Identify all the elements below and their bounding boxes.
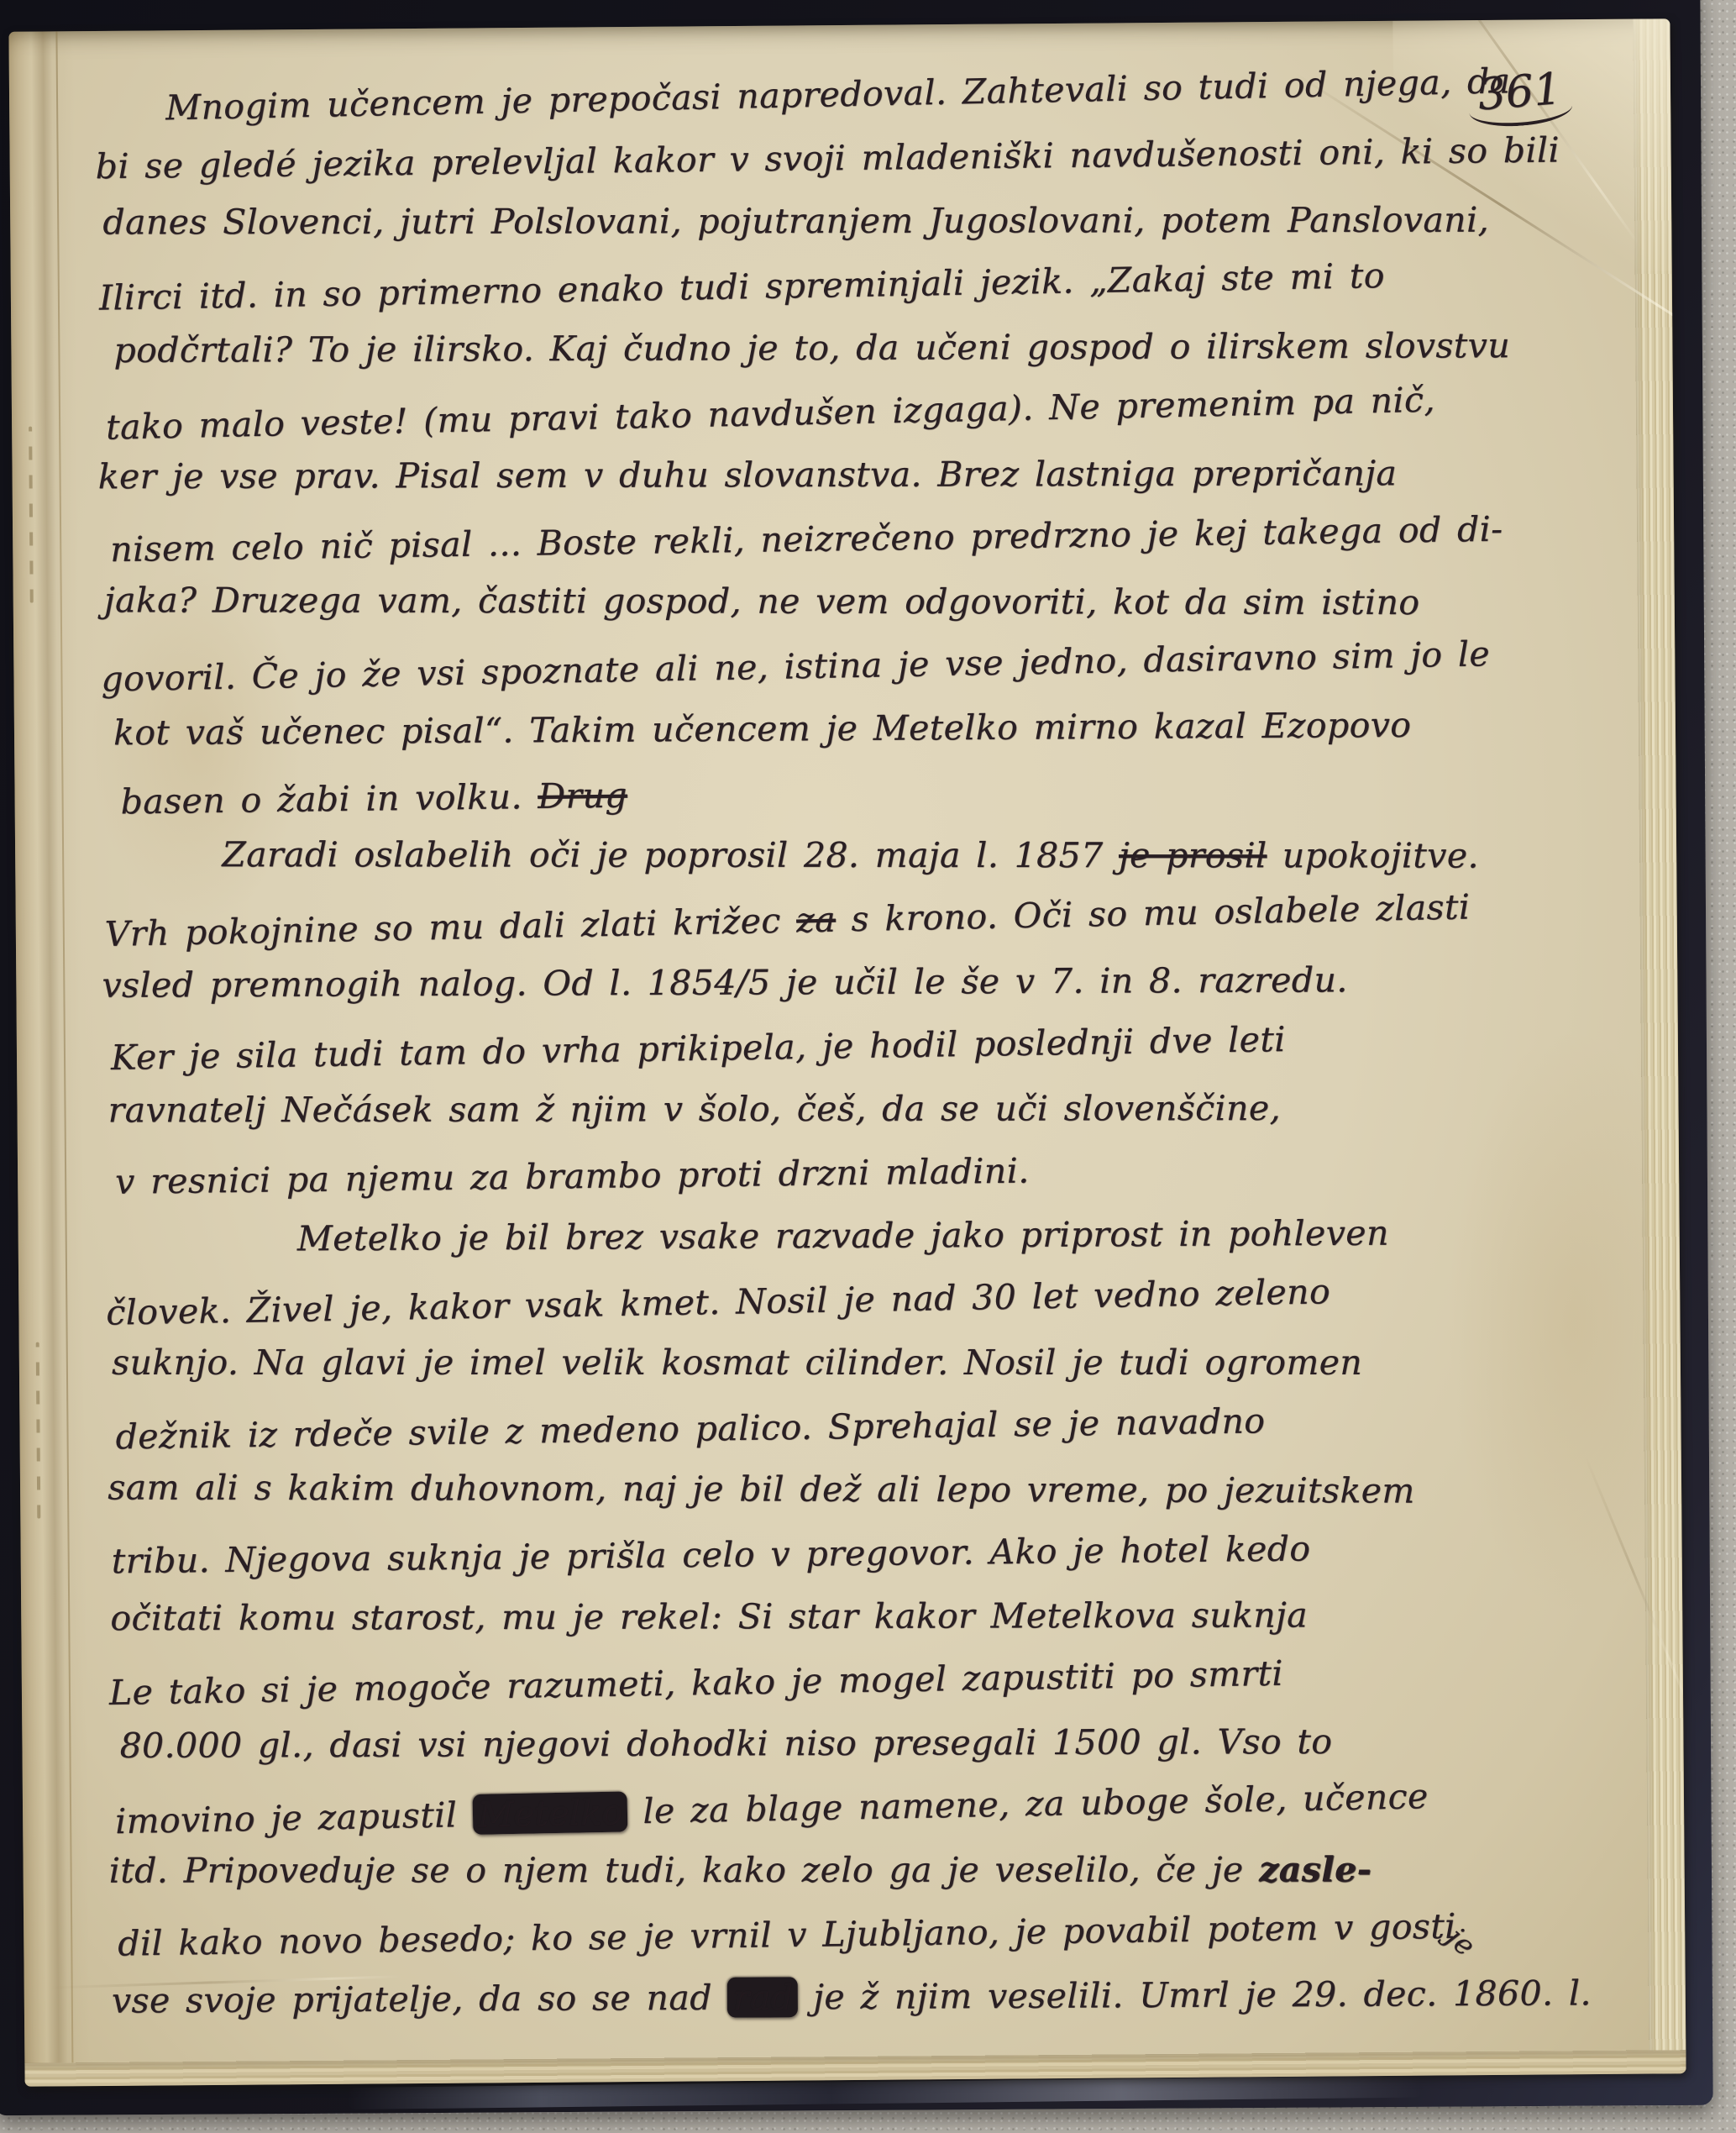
line-segment: sam ali s kakim duhovnom, naj je bil dež… [108, 1467, 1414, 1510]
line-segment: je ž njim veselili. Umrl je 29. dec. 186… [798, 1973, 1592, 2017]
line-segment: Mnogim učencem je prepočasi napredoval. … [165, 60, 1511, 128]
line-segment: Le tako si je mogoče razumeti, kako je m… [108, 1652, 1283, 1712]
line-segment: Zaradi oslabelih oči je poprosil 28. maj… [222, 834, 1119, 875]
line-segment: rad [727, 1977, 798, 2017]
line-segment: upokojitve. [1267, 835, 1479, 875]
manuscript-line: itd. Pripoveduje se o njem tudi, kako ze… [104, 1849, 1639, 1914]
line-segment: vsled premnogih nalog. Od l. 1854/5 je u… [102, 959, 1347, 1005]
line-segment: dežnik iz rdeče svile z medeno palico. S… [115, 1400, 1265, 1457]
line-segment: basen o žabi in volku. [120, 775, 538, 821]
line-segment: suknjo. Na glavi je imel velik kosmat ci… [112, 1342, 1362, 1383]
manuscript-line: sam ali s kakim duhovnom, naj je bil dež… [101, 1467, 1636, 1534]
manuscript-line: suknjo. Na glavi je imel velik kosmat ci… [100, 1342, 1635, 1405]
line-segment: itd. Pripoveduje se o njem tudi, kako ze… [109, 1849, 1259, 1890]
line-segment: ravnatelj Nečásek sam ž njim v šolo, češ… [108, 1088, 1281, 1130]
line-segment: Metelko [472, 1791, 627, 1835]
line-segment: imovino je zapustil [115, 1794, 473, 1841]
line-segment: tribu. Njegova suknja je prišla celo v p… [111, 1528, 1310, 1581]
manuscript-page: 361 Mnogim učencem je prepočasi napredov… [8, 18, 1686, 2086]
line-segment: 80.000 gl., dasi vsi njegovi dohodki nis… [119, 1721, 1332, 1766]
line-segment: za [796, 899, 837, 940]
line-segment: kot vaš učenec pisal“. Takim učencem je … [113, 705, 1412, 753]
manuscript-line: ravnatelj Nečásek sam ž njim v šolo, češ… [98, 1087, 1634, 1153]
manuscript-line: tribu. Njegova suknja je prišla celo v p… [101, 1525, 1637, 1605]
manuscript-line: vse svoje prijatelje, da so se nad rad j… [105, 1973, 1640, 2044]
line-segment: v resnici pa njemu za brambo proti drzni… [115, 1150, 1030, 1201]
line-segment: Drug [538, 775, 627, 816]
line-segment: očitati komu starost, mu je rekel: Si st… [110, 1594, 1308, 1638]
line-segment: Metelko je bil brez vsake razvade jako p… [297, 1213, 1389, 1259]
line-segment: danes Slovenci, jutri Polslovani, pojutr… [102, 200, 1489, 243]
line-segment: dil kako novo besedo; ko se je vrnil v L… [118, 1905, 1456, 1963]
line-segment: podčrtali? To je ilirsko. Kaj čudno je t… [113, 325, 1510, 370]
manuscript-text: Mnogim učencem je prepočasi napredoval. … [90, 68, 1640, 2046]
line-segment: jaka? Druzega vam, častiti gospod, ne ve… [104, 580, 1420, 623]
photo-background: 361 Mnogim učencem je prepočasi napredov… [0, 0, 1736, 2133]
line-segment: vse svoje prijatelje, da so se nad [112, 1978, 728, 2021]
line-segment: ker je vse prav. Pisal sem v duhu slovan… [98, 453, 1398, 496]
line-segment: je prosil [1119, 835, 1267, 875]
line-segment: zasle- [1259, 1849, 1371, 1889]
line-segment: Vrh pokojnine so mu dali zlati križec [104, 900, 796, 954]
